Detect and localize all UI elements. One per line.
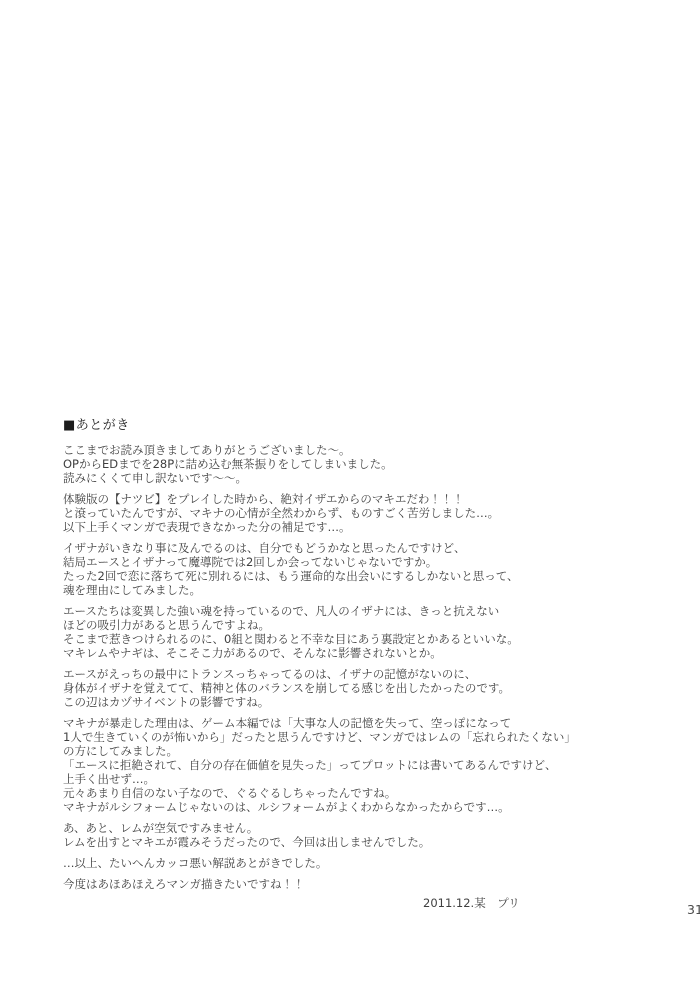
afterword-text: ここまでお読み頂きましてありがとうございました〜。OPからEDまでを28Pに詰め… xyxy=(63,443,623,898)
text-line: 以下上手くマンガで表現できなかった分の補足です…。 xyxy=(63,520,623,534)
afterword-paragraph: あ、あと、レムが空気ですみません。レムを出すとマキエが霞みそうだったので、今回は… xyxy=(63,821,623,849)
text-line: …以上、たいへんカッコ悪い解説あとがきでした。 xyxy=(63,856,623,870)
afterword-heading: ■あとがき xyxy=(63,418,130,434)
text-line: たった2回で恋に落ちて死に別れるには、もう運命的な出会いにするしかないと思って、 xyxy=(63,569,623,583)
afterword-paragraph: 体験版の【ナツビ】をプレイした時から、絶対イザエからのマキエだわ！！！と滾ってい… xyxy=(63,492,623,534)
text-line: 上手く出せず…。 xyxy=(63,772,623,786)
text-line: ほどの吸引力があると思うんですよね。 xyxy=(63,618,623,632)
text-line: イザナがいきなり事に及んでるのは、自分でもどうかなと思ったんですけど、 xyxy=(63,541,623,555)
text-line: エースたちは変異した強い魂を持っているので、凡人のイザナには、きっと抗えない xyxy=(63,604,623,618)
page-number: 31 xyxy=(687,902,700,917)
text-line: あ、あと、レムが空気ですみません。 xyxy=(63,821,623,835)
text-line: マキナがルシフォームじゃないのは、ルシフォームがよくわからなかったからです…。 xyxy=(63,800,623,814)
text-line: 今度はあほあほえろマンガ描きたいですね！！ xyxy=(63,877,623,891)
text-line: 「エースに拒絶されて、自分の存在価値を見失った」ってプロットには書いてあるんです… xyxy=(63,758,623,772)
afterword-paragraph: ここまでお読み頂きましてありがとうございました〜。OPからEDまでを28Pに詰め… xyxy=(63,443,623,485)
text-line: マキレムやナギは、そこそこ力があるので、そんなに影響されないとか。 xyxy=(63,646,623,660)
text-line: と滾っていたんですが、マキナの心情が全然わからず、ものすごく苦労しました…。 xyxy=(63,506,623,520)
text-line: OPからEDまでを28Pに詰め込む無茶振りをしてしまいました。 xyxy=(63,457,623,471)
text-line: レムを出すとマキエが霞みそうだったので、今回は出しませんでした。 xyxy=(63,835,623,849)
text-line: そこまで惹きつけられるのに、0組と関わると不幸な目にあう裏設定とかあるといいな。 xyxy=(63,632,623,646)
text-line: 体験版の【ナツビ】をプレイした時から、絶対イザエからのマキエだわ！！！ xyxy=(63,492,623,506)
afterword-paragraph: …以上、たいへんカッコ悪い解説あとがきでした。 xyxy=(63,856,623,870)
afterword-paragraph: 今度はあほあほえろマンガ描きたいですね！！ xyxy=(63,877,623,891)
text-line: 読みにくくて申し訳ないです〜〜。 xyxy=(63,471,623,485)
text-line: 身体がイザナを覚えてて、精神と体のバランスを崩してる感じを出したかったのです。 xyxy=(63,681,623,695)
text-line: ここまでお読み頂きましてありがとうございました〜。 xyxy=(63,443,623,457)
text-line: 結局エースとイザナって魔導院では2回しか会ってないじゃないですか。 xyxy=(63,555,623,569)
text-line: 魂を理由にしてみました。 xyxy=(63,583,623,597)
text-line: 1人で生きていくのが怖いから」だったと思うんですけど、マンガではレムの「忘れられ… xyxy=(63,730,623,744)
text-line: この辺はカヅサイベントの影響ですね。 xyxy=(63,695,623,709)
afterword-paragraph: マキナが暴走した理由は、ゲーム本編では「大事な人の記憶を失って、空っぽになって1… xyxy=(63,716,623,814)
text-line: の方にしてみました。 xyxy=(63,744,623,758)
date-signature: 2011.12.某 プリ xyxy=(423,895,520,911)
text-line: マキナが暴走した理由は、ゲーム本編では「大事な人の記憶を失って、空っぽになって xyxy=(63,716,623,730)
afterword-paragraph: エースたちは変異した強い魂を持っているので、凡人のイザナには、きっと抗えないほど… xyxy=(63,604,623,660)
text-line: 元々あまり自信のない子なので、ぐるぐるしちゃったんですね。 xyxy=(63,786,623,800)
text-line: エースがえっちの最中にトランスっちゃってるのは、イザナの記憶がないのに、 xyxy=(63,667,623,681)
afterword-paragraph: エースがえっちの最中にトランスっちゃってるのは、イザナの記憶がないのに、身体がイ… xyxy=(63,667,623,709)
afterword-page: ■あとがき ここまでお読み頂きましてありがとうございました〜。OPからEDまでを… xyxy=(0,0,700,989)
afterword-paragraph: イザナがいきなり事に及んでるのは、自分でもどうかなと思ったんですけど、結局エース… xyxy=(63,541,623,597)
